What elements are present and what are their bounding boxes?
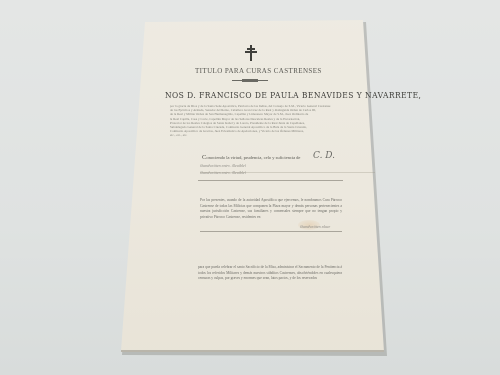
- handwritten-place: (handwritten place name, illegible): [300, 224, 340, 228]
- intro-line: Conociendo la virtud, prudencia, celo y …: [202, 154, 300, 161]
- paper-bottom-edge: [121, 350, 384, 352]
- form-rule: [198, 180, 343, 181]
- paper-fold: [200, 172, 375, 173]
- intro-text: onociendo la virtud, prudencia, celo y s…: [206, 155, 300, 160]
- form-rule: [200, 231, 342, 232]
- credentials-line: etc., etc., etc.: [170, 133, 337, 137]
- ornamental-rule-center: [242, 79, 258, 82]
- credentials-paragraph: por la gracia de Dios y de la Santa Sede…: [170, 104, 337, 138]
- faculties-paragraph: para que pueda celebrar el santo Sacrifi…: [198, 265, 342, 282]
- handwritten-name: C. D.: [313, 151, 335, 161]
- handwritten-line: (handwritten entry, illegible): [200, 163, 340, 167]
- document-kicker: TITULO PARA CURAS CASTRENSES: [195, 67, 305, 75]
- cross-icon: [245, 45, 257, 61]
- appointment-paragraph: Por las presentes, usando de la autorida…: [200, 198, 342, 220]
- document-heading: NOS D. FRANCISCO DE PAULA BENAVIDES Y NA…: [165, 90, 321, 100]
